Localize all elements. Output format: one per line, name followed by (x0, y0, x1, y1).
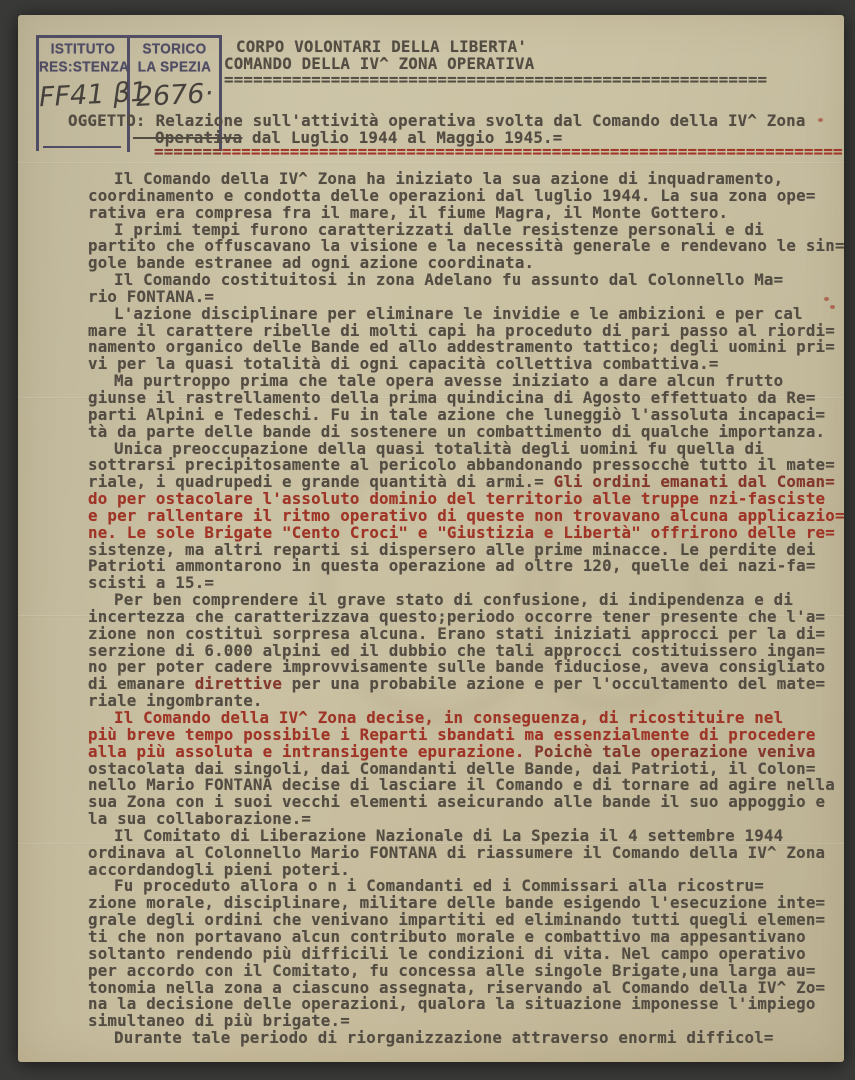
paper-crease (18, 162, 844, 164)
stamp-handwritten-number: 2676· (129, 78, 220, 114)
document-body: Il Comando della IV^ Zona ha iniziato la… (88, 171, 840, 1047)
scan-background: ISTITUTO RES:STENZA FF41 β1 STORICO LA S… (0, 0, 855, 1080)
red-separator-rule: ========================================… (154, 142, 843, 161)
rule-red-segment: ========================================… (222, 142, 843, 161)
letterhead-rule: ========================================… (224, 70, 767, 89)
stamp-label: LA SPEZIA (130, 58, 219, 75)
ink-speck (830, 305, 835, 309)
stamp-label: RES:STENZA (39, 58, 127, 75)
stamp-label: ISTITUTO (39, 40, 127, 57)
typed-text: Il Comando costituitosi in zona Adelano … (114, 270, 783, 289)
ink-speck (824, 297, 829, 301)
document-line: Durante tale periodo di riorganizzazione… (88, 1030, 840, 1047)
stamp-field-line (43, 146, 121, 148)
typed-text: Durante tale periodo di riorganizzazione… (114, 1028, 774, 1047)
ink-speck (818, 118, 823, 122)
stamp-column-left: ISTITUTO RES:STENZA FF41 β1 (39, 38, 127, 151)
typed-text: per una probabile azione e per l'occulta… (282, 674, 825, 693)
stamp-label: STORICO (130, 40, 219, 57)
document-page: ISTITUTO RES:STENZA FF41 β1 STORICO LA S… (18, 15, 844, 1062)
stamp-handwritten-code: FF41 β1 (38, 78, 128, 114)
rule-dark-segment: ======= (154, 142, 222, 161)
strike-line (133, 131, 155, 143)
